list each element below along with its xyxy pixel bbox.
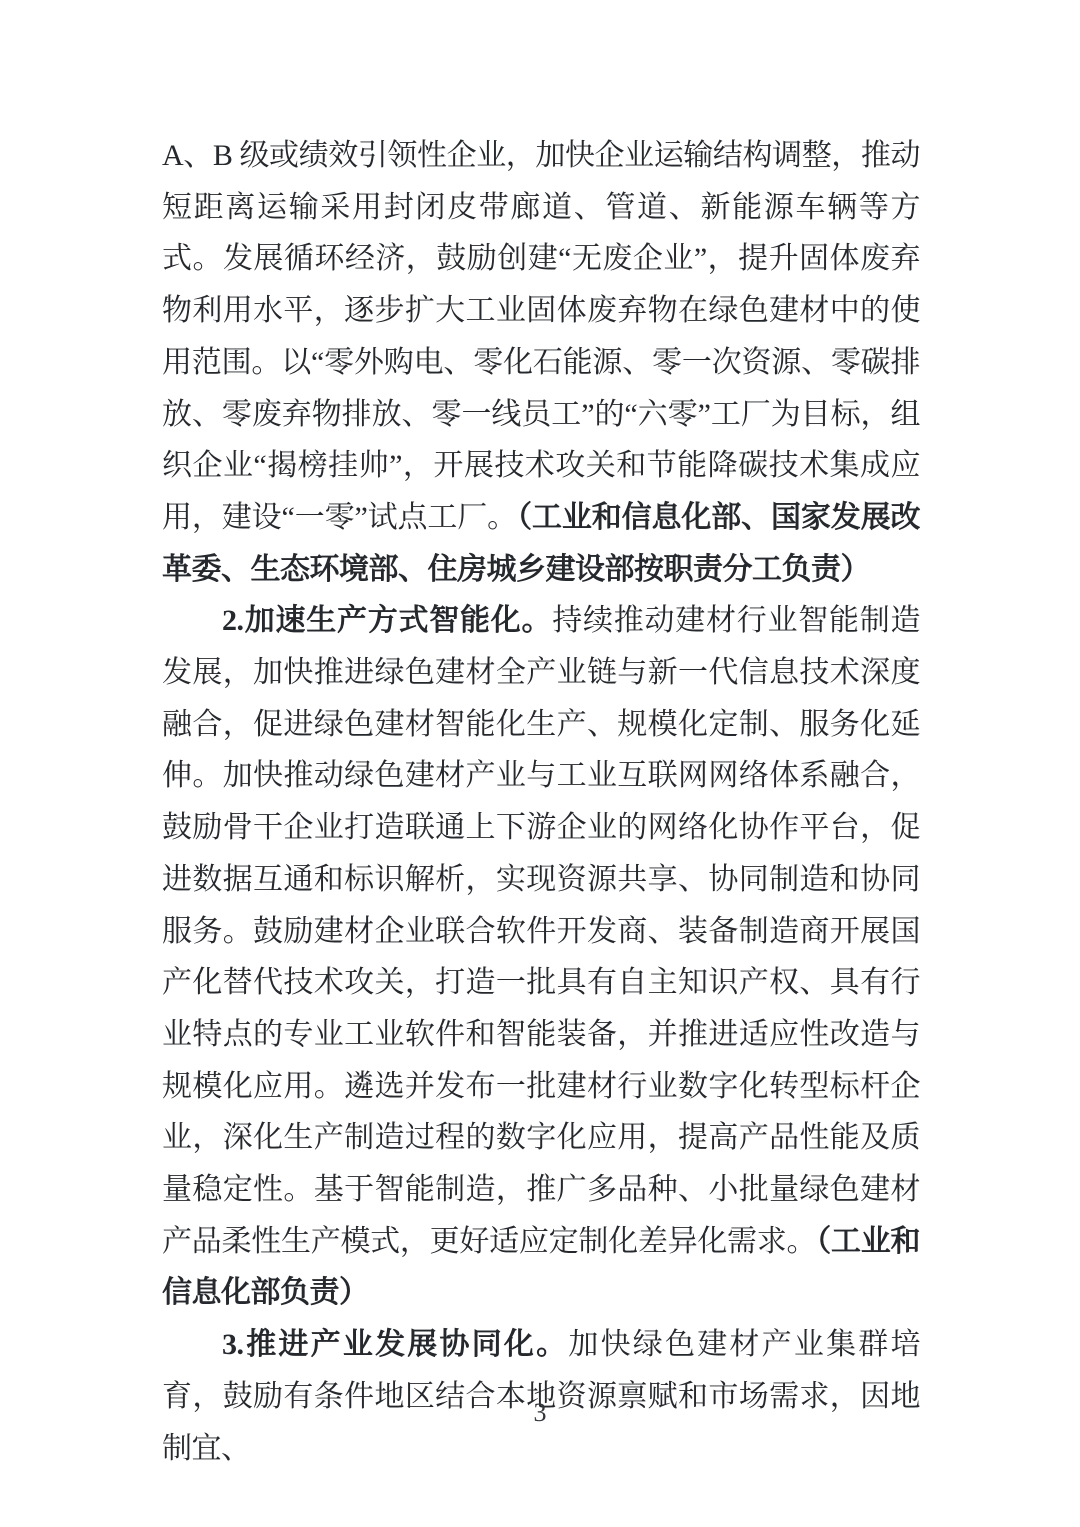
paragraph: 3.推进产业发展协同化。加快绿色建材产业集群培育，鼓励有条件地区结合本地资源禀赋… [162, 1319, 920, 1474]
paragraph: 2.加速生产方式智能化。持续推动建材行业智能制造发展，加快推进绿色建材全产业链与… [162, 595, 920, 1319]
document-body: A、B 级或绩效引领性企业，加快企业运输结构调整，推动短距离运输采用封闭皮带廊道… [162, 130, 920, 1474]
text-segment: A、B 级或绩效引领性企业，加快企业运输结构调整，推动短距离运输采用封闭皮带廊道… [162, 139, 920, 534]
page-number: 3 [0, 1398, 1080, 1428]
emphasis-segment: 3.推进产业发展协同化。 [222, 1328, 568, 1361]
document-page: A、B 级或绩效引领性企业，加快企业运输结构调整，推动短距离运输采用封闭皮带廊道… [0, 0, 1080, 1527]
text-segment: 持续推动建材行业智能制造发展，加快推进绿色建材全产业链与新一代信息技术深度融合，… [162, 604, 920, 1257]
paragraph: A、B 级或绩效引领性企业，加快企业运输结构调整，推动短距离运输采用封闭皮带廊道… [162, 130, 920, 595]
emphasis-segment: 2.加速生产方式智能化。 [222, 604, 552, 637]
